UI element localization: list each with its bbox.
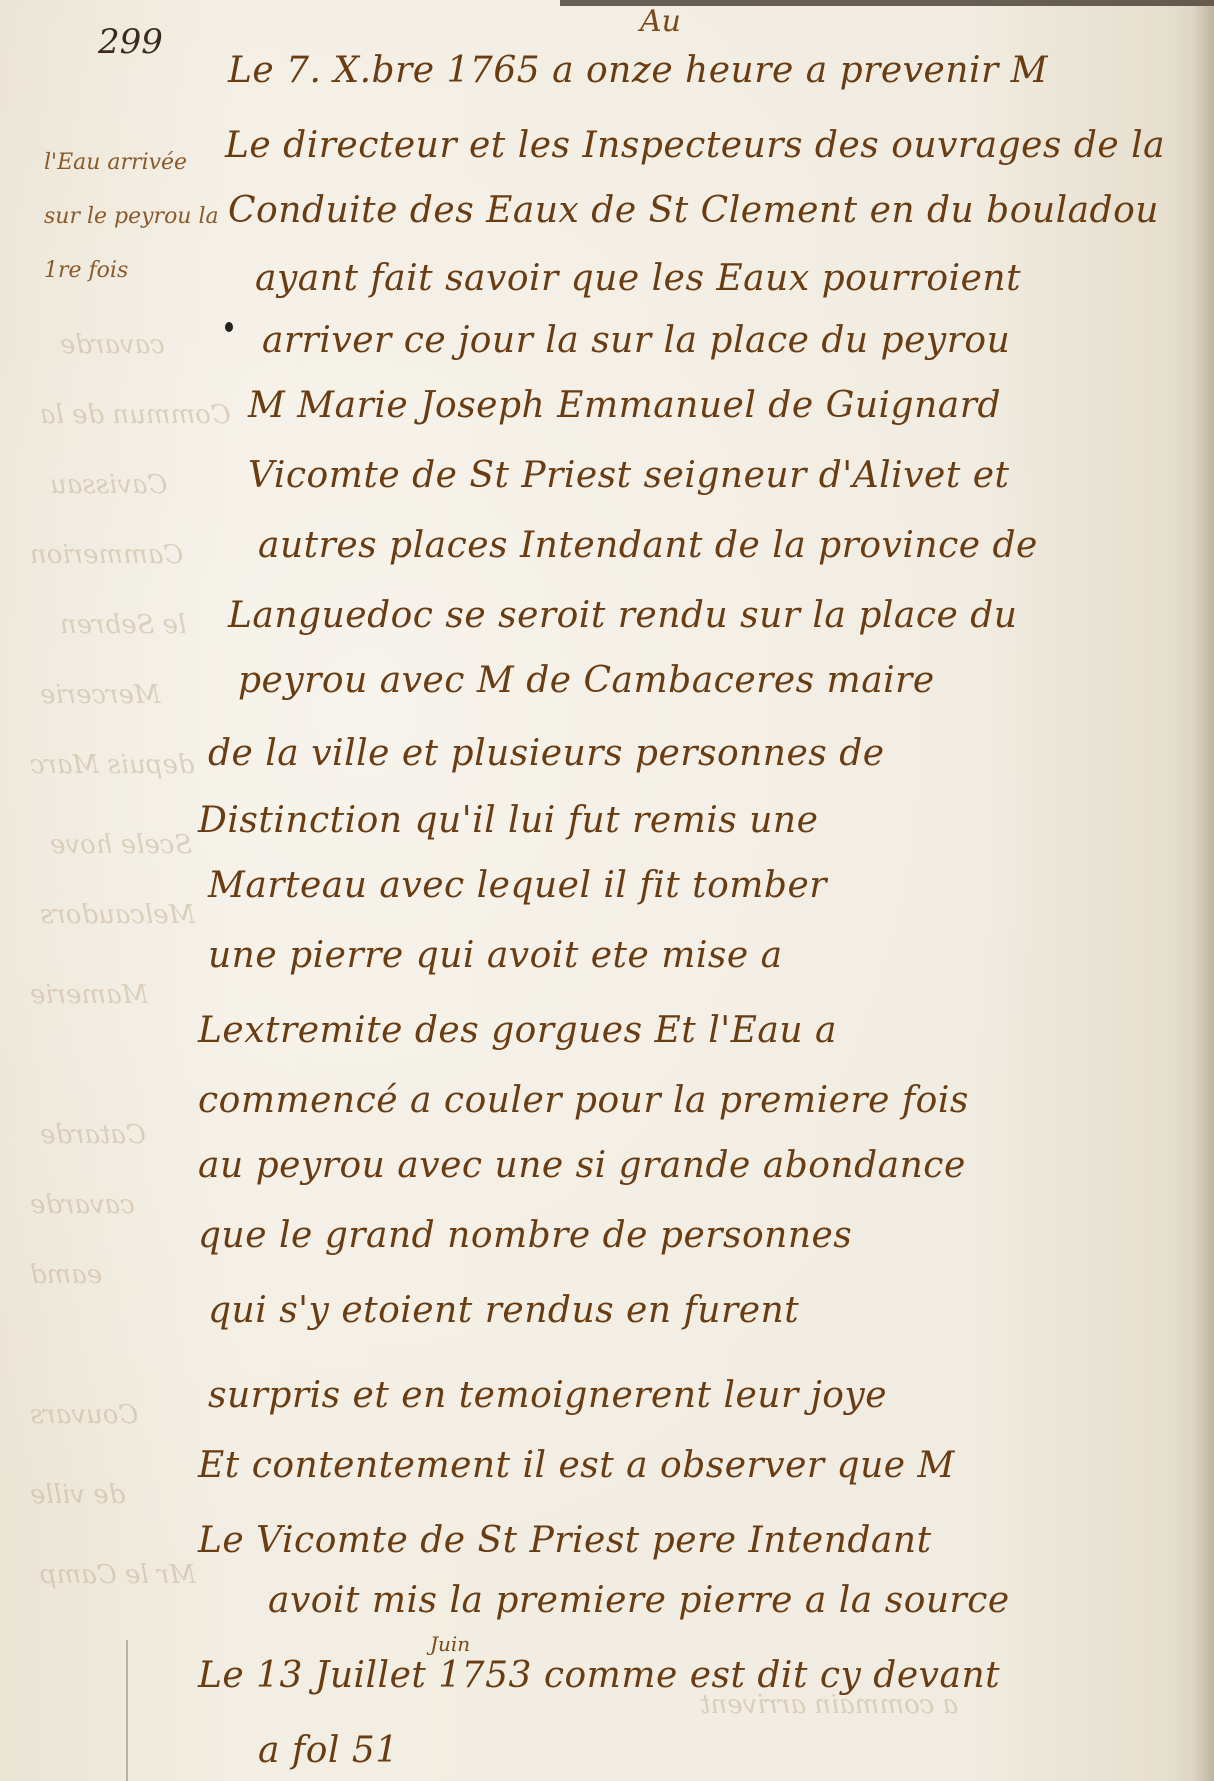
text-line: Et contentement il est a observer que M <box>198 1445 955 1486</box>
text-line: commencé a couler pour la premiere fois <box>198 1080 969 1121</box>
text-line: Le directeur et les Inspecteurs des ouvr… <box>225 125 1165 166</box>
text-line: peyrou avec M de Cambaceres maire <box>238 660 935 701</box>
ink-dot <box>225 322 233 332</box>
text-line: Le 7. X.bre 1765 a onze heure a prevenir… <box>228 50 1048 91</box>
text-line: surpris et en temoignerent leur joye <box>208 1375 887 1416</box>
folio-number: 299 <box>98 22 163 62</box>
text-line: de la ville et plusieurs personnes de <box>208 733 885 774</box>
text-line: une pierre qui avoit ete mise a <box>208 935 783 976</box>
text-line: Conduite des Eaux de St Clement en du bo… <box>228 190 1159 231</box>
text-line: ayant fait savoir que les Eaux pourroien… <box>255 258 1021 299</box>
text-line: arriver ce jour la sur la place du peyro… <box>262 320 1010 361</box>
margin-note-line: sur le peyrou la <box>44 190 224 244</box>
text-line: M Marie Joseph Emmanuel de Guignard <box>248 385 1001 426</box>
margin-rule-line <box>126 1640 128 1781</box>
date-superscript: Au <box>640 4 681 39</box>
margin-note-line: l'Eau arrivée <box>44 136 224 190</box>
text-line: a fol 51 <box>258 1730 399 1771</box>
text-line: au peyrou avec une si grande abondance <box>198 1145 966 1186</box>
text-line: Distinction qu'il lui fut remis une <box>198 800 818 841</box>
text-line: Le 13 Juillet 1753 comme est dit cy deva… <box>198 1655 1000 1696</box>
text-line: qui s'y etoient rendus en furent <box>208 1290 799 1331</box>
text-line: Lextremite des gorgues Et l'Eau a <box>198 1010 837 1051</box>
interlinear-correction: Juin <box>430 1632 470 1656</box>
text-line: que le grand nombre de personnes <box>198 1215 852 1256</box>
page-right-edge <box>1192 0 1214 1781</box>
text-line: Marteau avec lequel il fit tomber <box>208 865 827 906</box>
text-line: Languedoc se seroit rendu sur la place d… <box>228 595 1018 636</box>
margin-annotation: l'Eau arrivée sur le peyrou la 1re fois <box>44 136 224 298</box>
text-line: avoit mis la premiere pierre a la source <box>268 1580 1010 1621</box>
manuscript-page: cavarde Commun de la Cavissau Cammerion … <box>0 0 1214 1781</box>
text-line: Vicomte de St Priest seigneur d'Alivet e… <box>248 455 1010 496</box>
margin-note-line: 1re fois <box>44 244 224 298</box>
text-line: autres places Intendant de la province d… <box>258 525 1038 566</box>
text-line: Le Vicomte de St Priest pere Intendant <box>198 1520 932 1561</box>
